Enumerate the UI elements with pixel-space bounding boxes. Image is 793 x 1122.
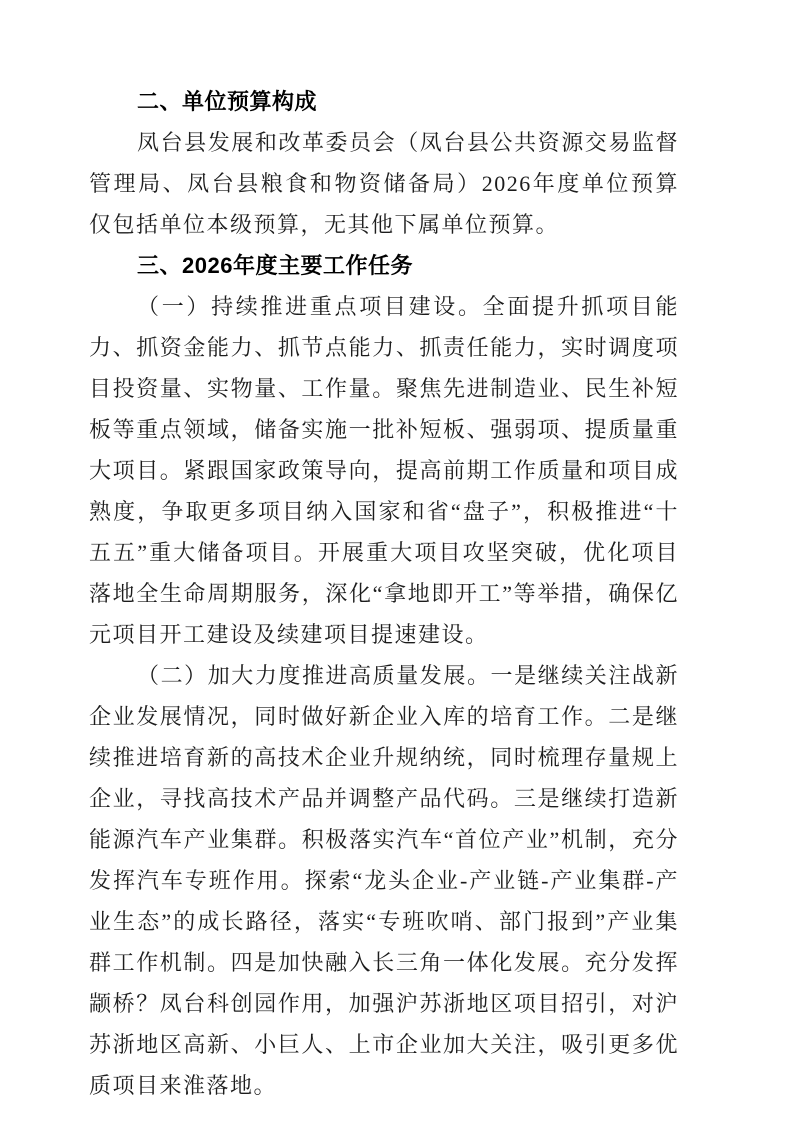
body-paragraph: （二）加大力度推进高质量发展。一是继续关注战新企业发展情况，同时做好新企业入库的… [89,655,679,1106]
body-paragraph: （一）持续推进重点项目建设。全面提升抓项目能力、抓资金能力、抓节点能力、抓责任能… [89,286,679,655]
document-body: 二、单位预算构成凤台县发展和改革委员会（凤台县公共资源交易监督管理局、凤台县粮食… [0,0,793,1106]
section-heading: 三、2026年度主要工作任务 [89,245,679,286]
body-paragraph: 凤台县发展和改革委员会（凤台县公共资源交易监督管理局、凤台县粮食和物资储备局）2… [89,122,679,245]
section-heading: 二、单位预算构成 [89,81,679,122]
document-page: 二、单位预算构成凤台县发展和改革委员会（凤台县公共资源交易监督管理局、凤台县粮食… [0,0,793,1122]
